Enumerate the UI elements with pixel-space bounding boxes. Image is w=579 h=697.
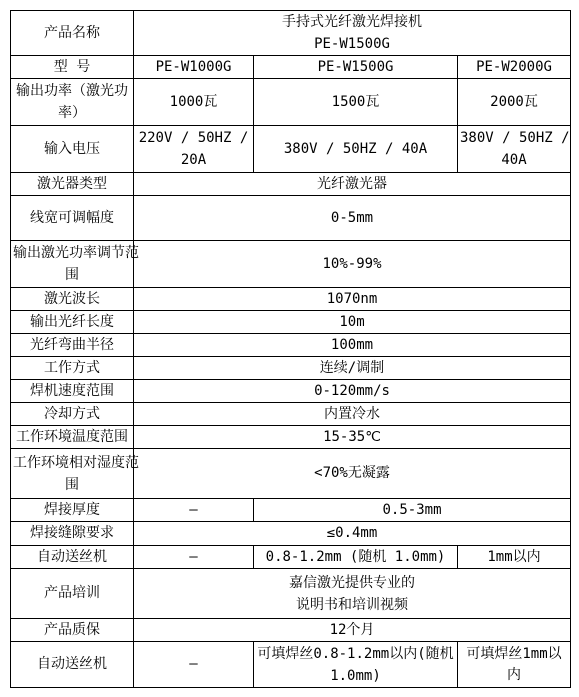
spec-value-cell: – — [134, 642, 254, 688]
spec-value-cell: 10m — [134, 311, 571, 334]
spec-label-cell: 工作环境温度范围 — [11, 426, 134, 449]
cell-line: 40A — [460, 149, 568, 171]
spec-label-cell: 冷却方式 — [11, 403, 134, 426]
cell-line: 围 — [13, 474, 131, 496]
spec-label-cell: 工作方式 — [11, 357, 134, 380]
table-row: 冷却方式内置冷水 — [11, 403, 571, 426]
spec-label-cell: 输出功率（激光功率） — [11, 79, 134, 126]
table-row: 工作环境相对湿度范围<70%无凝露 — [11, 449, 571, 499]
cell-line: 说明书和培训视频 — [136, 594, 568, 616]
spec-value-cell: <70%无凝露 — [134, 449, 571, 499]
spec-value-cell: PE-W1000G — [134, 56, 254, 79]
spec-value-cell: ≤0.4mm — [134, 522, 571, 546]
spec-value-cell: 1000瓦 — [134, 79, 254, 126]
spec-value-cell: – — [134, 499, 254, 522]
spec-table-body: 产品名称手持式光纤激光焊接机PE-W1500G型 号PE-W1000GPE-W1… — [11, 11, 571, 688]
spec-value-cell: 12个月 — [134, 619, 571, 642]
cell-line: 20A — [136, 149, 251, 171]
table-row: 焊接缝隙要求≤0.4mm — [11, 522, 571, 546]
spec-value-cell: 可填焊丝0.8-1.2mm以内(随机1.0mm) — [254, 642, 458, 688]
cell-line: 输出激光功率调节范 — [13, 242, 131, 264]
cell-line: 嘉信激光提供专业的 — [136, 572, 568, 594]
spec-value-cell: 内置冷水 — [134, 403, 571, 426]
spec-value-cell: 10%-99% — [134, 241, 571, 288]
spec-label-cell: 自动送丝机 — [11, 546, 134, 569]
table-row: 输入电压220V / 50HZ /20A380V / 50HZ / 40A380… — [11, 126, 571, 173]
cell-line: PE-W1500G — [136, 33, 568, 55]
table-row: 输出功率（激光功率）1000瓦1500瓦2000瓦 — [11, 79, 571, 126]
table-row: 焊机速度范围0-120mm/s — [11, 380, 571, 403]
product-spec-table: 产品名称手持式光纤激光焊接机PE-W1500G型 号PE-W1000GPE-W1… — [10, 10, 571, 688]
spec-label-cell: 激光器类型 — [11, 173, 134, 196]
cell-line: 工作环境相对湿度范 — [13, 452, 131, 474]
table-row: 输出光纤长度10m — [11, 311, 571, 334]
spec-label-cell: 输入电压 — [11, 126, 134, 173]
spec-value-cell: – — [134, 546, 254, 569]
spec-value-cell: PE-W1500G — [254, 56, 458, 79]
spec-value-cell: 220V / 50HZ /20A — [134, 126, 254, 173]
spec-value-cell: 15-35℃ — [134, 426, 571, 449]
table-row: 自动送丝机–0.8-1.2mm (随机 1.0mm)1mm以内 — [11, 546, 571, 569]
table-row: 焊接厚度–0.5-3mm — [11, 499, 571, 522]
spec-value-cell: 380V / 50HZ / 40A — [254, 126, 458, 173]
cell-line: 围 — [13, 264, 131, 286]
spec-label-cell: 型 号 — [11, 56, 134, 79]
spec-value-cell: 0.5-3mm — [254, 499, 571, 522]
table-row: 工作环境温度范围15-35℃ — [11, 426, 571, 449]
spec-value-cell: 1070nm — [134, 288, 571, 311]
spec-label-cell: 输出光纤长度 — [11, 311, 134, 334]
table-row: 型 号PE-W1000GPE-W1500GPE-W2000G — [11, 56, 571, 79]
cell-line: 手持式光纤激光焊接机 — [136, 11, 568, 33]
spec-label-cell: 产品质保 — [11, 619, 134, 642]
spec-value-cell: 手持式光纤激光焊接机PE-W1500G — [134, 11, 571, 56]
spec-label-cell: 激光波长 — [11, 288, 134, 311]
spec-value-cell: 嘉信激光提供专业的说明书和培训视频 — [134, 569, 571, 619]
spec-value-cell: 0-120mm/s — [134, 380, 571, 403]
spec-value-cell: 380V / 50HZ /40A — [458, 126, 571, 173]
spec-label-cell: 产品培训 — [11, 569, 134, 619]
table-row: 线宽可调幅度0-5mm — [11, 196, 571, 241]
spec-label-cell: 线宽可调幅度 — [11, 196, 134, 241]
table-row: 激光波长1070nm — [11, 288, 571, 311]
spec-label-cell: 工作环境相对湿度范围 — [11, 449, 134, 499]
table-row: 激光器类型光纤激光器 — [11, 173, 571, 196]
table-row: 产品名称手持式光纤激光焊接机PE-W1500G — [11, 11, 571, 56]
spec-label-cell: 焊接厚度 — [11, 499, 134, 522]
spec-value-cell: 100mm — [134, 334, 571, 357]
spec-label-cell: 焊接缝隙要求 — [11, 522, 134, 546]
cell-line: 220V / 50HZ / — [136, 127, 251, 149]
spec-value-cell: 连续/调制 — [134, 357, 571, 380]
spec-value-cell: 2000瓦 — [458, 79, 571, 126]
table-row: 产品培训嘉信激光提供专业的说明书和培训视频 — [11, 569, 571, 619]
table-row: 工作方式连续/调制 — [11, 357, 571, 380]
spec-value-cell: 可填焊丝1mm以内 — [458, 642, 571, 688]
table-row: 产品质保12个月 — [11, 619, 571, 642]
cell-line: 输出功率（激光功 — [13, 80, 131, 102]
spec-value-cell: 1mm以内 — [458, 546, 571, 569]
spec-label-cell: 焊机速度范围 — [11, 380, 134, 403]
spec-value-cell: 0.8-1.2mm (随机 1.0mm) — [254, 546, 458, 569]
spec-value-cell: 光纤激光器 — [134, 173, 571, 196]
table-row: 输出激光功率调节范围10%-99% — [11, 241, 571, 288]
page: 产品名称手持式光纤激光焊接机PE-W1500G型 号PE-W1000GPE-W1… — [0, 0, 579, 697]
spec-label-cell: 光纤弯曲半径 — [11, 334, 134, 357]
cell-line: 可填焊丝0.8-1.2mm以内(随机 — [256, 643, 455, 665]
spec-value-cell: PE-W2000G — [458, 56, 571, 79]
spec-value-cell: 1500瓦 — [254, 79, 458, 126]
table-row: 光纤弯曲半径100mm — [11, 334, 571, 357]
cell-line: 1.0mm) — [256, 665, 455, 687]
spec-label-cell: 产品名称 — [11, 11, 134, 56]
spec-label-cell: 输出激光功率调节范围 — [11, 241, 134, 288]
table-row: 自动送丝机–可填焊丝0.8-1.2mm以内(随机1.0mm)可填焊丝1mm以内 — [11, 642, 571, 688]
cell-line: 率） — [13, 102, 131, 124]
cell-line: 380V / 50HZ / — [460, 127, 568, 149]
spec-label-cell: 自动送丝机 — [11, 642, 134, 688]
spec-value-cell: 0-5mm — [134, 196, 571, 241]
